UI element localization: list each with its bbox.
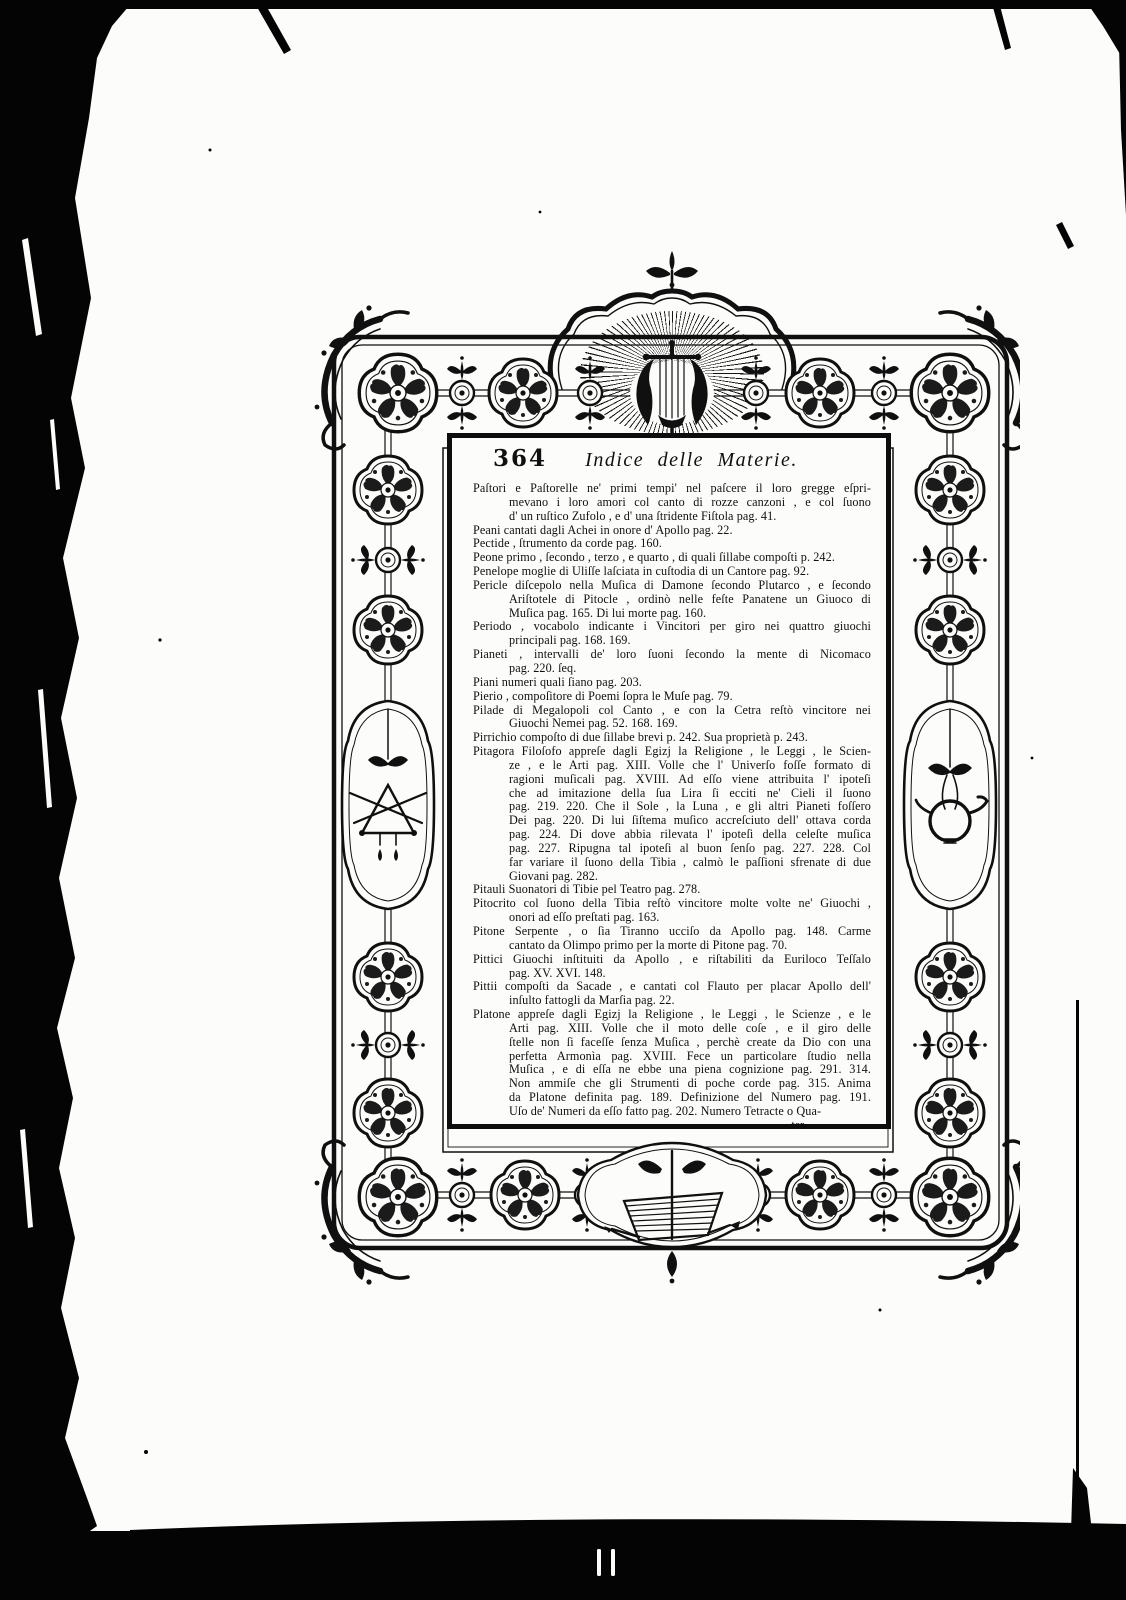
link-ring-icon xyxy=(351,545,425,575)
rose-medallion-icon xyxy=(354,456,422,524)
index-line: Ariſtotele di Pitocle , ordinò nelle feſ… xyxy=(473,593,871,607)
scan-smear xyxy=(130,1519,1126,1536)
rose-medallion-icon xyxy=(786,1161,854,1229)
index-line: principali pag. 168. 169. xyxy=(473,634,871,648)
index-line: pag. 224. Di dove abbia rilevata l' ipot… xyxy=(473,828,871,842)
index-line: Dei pag. 220. Di lui ſiſtema muſico accr… xyxy=(473,814,871,828)
index-line: pag. 220. ſeq. xyxy=(473,662,871,676)
link-ring-icon xyxy=(447,1158,477,1232)
index-line: Pianeti , intervalli de' loro ſuoni ſeco… xyxy=(473,648,871,662)
index-line: Peone primo , ſecondo , terzo , e quarto… xyxy=(473,551,871,565)
bed-tick xyxy=(597,1549,601,1576)
index-line: Pittici Giuochi inſtituiti da Apollo , e… xyxy=(473,953,871,967)
index-line: Paſtori e Paſtorelle ne' primi tempi' ne… xyxy=(473,482,871,496)
index-line: Arti pag. XIII. Volle che il moto delle … xyxy=(473,1022,871,1036)
scan-edge-right-sliver xyxy=(1118,0,1126,215)
link-ring-icon xyxy=(869,356,899,430)
index-line: Non ammiſe che gli Strumenti di poche co… xyxy=(473,1077,871,1091)
scan-bed-bottom xyxy=(0,1531,1126,1600)
text-block-frame: 364 Indice delle Materie. Paſtori e Paſt… xyxy=(447,433,891,1129)
index-line: ragioni muſicali pag. XVIII. Ad eſſo vie… xyxy=(473,773,871,787)
bed-tick xyxy=(611,1549,615,1576)
index-line: pag. XV. XVI. 148. xyxy=(473,967,871,981)
index-line: Piani numeri quali ſiano pag. 203. xyxy=(473,676,871,690)
index-line: ſtelle non ſi faceſſe ſenza Muſica , per… xyxy=(473,1036,871,1050)
link-ring-icon xyxy=(913,1030,987,1060)
rose-medallion-icon xyxy=(916,596,984,664)
index-line: Pericle diſcepolo nella Muſica di Damone… xyxy=(473,579,871,593)
rose-medallion-icon xyxy=(354,943,422,1011)
index-line: far variare il ſuono della Tibia , calmò… xyxy=(473,856,871,870)
index-line: Pittii compoſti da Sacade , e cantati co… xyxy=(473,980,871,994)
triangle-trophy-icon xyxy=(342,701,434,909)
corner-rose-medallion-icon xyxy=(359,1158,437,1236)
rose-medallion-icon xyxy=(491,1161,559,1229)
corner-rose-medallion-icon xyxy=(911,354,989,432)
page-header: 364 Indice delle Materie. xyxy=(473,445,866,479)
index-line: Pierio , compoſitore di Poemi ſopra le M… xyxy=(473,690,871,704)
rose-medallion-icon xyxy=(489,359,557,427)
page-number: 364 xyxy=(493,445,547,472)
index-line: Pitagora Filoſofo appreſe dagli Egizj la… xyxy=(473,745,871,759)
index-line: Giovani pag. 282. xyxy=(473,870,871,884)
link-ring-icon xyxy=(351,1030,425,1060)
link-ring-icon xyxy=(913,545,987,575)
index-line: pag. 219. 220. Che il Sole , la Luna , e… xyxy=(473,800,871,814)
running-title: Indice delle Materie. xyxy=(547,449,866,472)
index-line: onori ad eſſo preſtati pag. 163. xyxy=(473,911,871,925)
index-line: Pitauli Suonatori di Tibie pel Teatro pa… xyxy=(473,883,871,897)
corner-rose-medallion-icon xyxy=(911,1158,989,1236)
link-ring-icon xyxy=(741,356,771,430)
pendant-ornament xyxy=(667,1251,677,1283)
ship-icon xyxy=(578,1143,766,1247)
index-line: da Platone definita pag. 189. Definizion… xyxy=(473,1091,871,1105)
index-line: d' un ruſtico Zufolo , e d' una ſtrident… xyxy=(473,510,871,524)
index-line: Platone appreſe dagli Egizj la Religione… xyxy=(473,1008,871,1022)
rose-medallion-icon xyxy=(916,1079,984,1147)
rose-medallion-icon xyxy=(916,456,984,524)
gutter-highlights xyxy=(20,238,60,1228)
index-line: Penelope moglie di Uliſſe laſciata in cu… xyxy=(473,565,871,579)
corner-rose-medallion-icon xyxy=(359,354,437,432)
index-line: che ad imitazione della ſua Lira ſi ecci… xyxy=(473,787,871,801)
scratch-mark xyxy=(253,0,291,54)
link-ring-icon xyxy=(869,1158,899,1232)
rose-medallion-icon xyxy=(916,943,984,1011)
lyre-icon xyxy=(636,340,707,444)
index-line: Peani cantati dagli Achei in onore d' Ap… xyxy=(473,524,871,538)
scan-edge-top-right xyxy=(1085,0,1126,64)
index-line: Pectide , ſtrumento da corde pag. 160. xyxy=(473,537,871,551)
index-line: perfetta Armonìa pag. XVIII. Fece un par… xyxy=(473,1050,871,1064)
index-line: Pitone Serpente , o ſia Tiranno ucciſo d… xyxy=(473,925,871,939)
index-line: pag. 227. Ripugna tal ipoteſi al buon ſe… xyxy=(473,842,871,856)
page-edge-line xyxy=(1076,1000,1079,1532)
index-line: Giuochi Nemei pag. 52. 168. 169. xyxy=(473,717,871,731)
index-line: Muſica , e di eſſa ne ebbe una piena cog… xyxy=(473,1063,871,1077)
gutter-shadow xyxy=(0,0,134,1600)
index-entries: Paſtori e Paſtorelle ne' primi tempi' ne… xyxy=(473,482,871,1119)
fleur-de-lis-icon xyxy=(646,251,698,291)
rose-medallion-icon xyxy=(354,596,422,664)
link-ring-icon xyxy=(575,356,605,430)
index-line: Pilade di Megalopoli col Canto , e con l… xyxy=(473,704,871,718)
index-line: ze , e le Arti pag. XIII. Volle che l' U… xyxy=(473,759,871,773)
index-line: Pirrichio compoſto di due ſillabe brevi … xyxy=(473,731,871,745)
index-line: Muſica pag. 165. Di lui morte pag. 160. xyxy=(473,607,871,621)
link-ring-icon xyxy=(447,356,477,430)
index-line: Periodo , vocabolo indicante i Vincitori… xyxy=(473,620,871,634)
scratch-mark xyxy=(992,2,1011,50)
index-line: Pitocrito col ſuono della Tibia reſtò vi… xyxy=(473,897,871,911)
index-line: mevano i loro amori col canto di rozze c… xyxy=(473,496,871,510)
index-line: Uſo de' Numeri da eſſo fatto pag. 202. N… xyxy=(473,1105,871,1119)
index-line: cantato da Olimpo primo per la morte di … xyxy=(473,939,871,953)
horn-trophy-icon xyxy=(904,701,996,909)
page-edge-foot xyxy=(1071,1468,1092,1532)
scanned-page: 364 Indice delle Materie. Paſtori e Paſt… xyxy=(0,0,1126,1600)
rose-medallion-icon xyxy=(354,1079,422,1147)
catchword: ter- xyxy=(473,1119,866,1133)
scratch-mark xyxy=(1056,222,1074,249)
scan-edge-top xyxy=(0,0,1126,9)
index-line: inſulto fattogli da Marſia pag. 22. xyxy=(473,994,871,1008)
